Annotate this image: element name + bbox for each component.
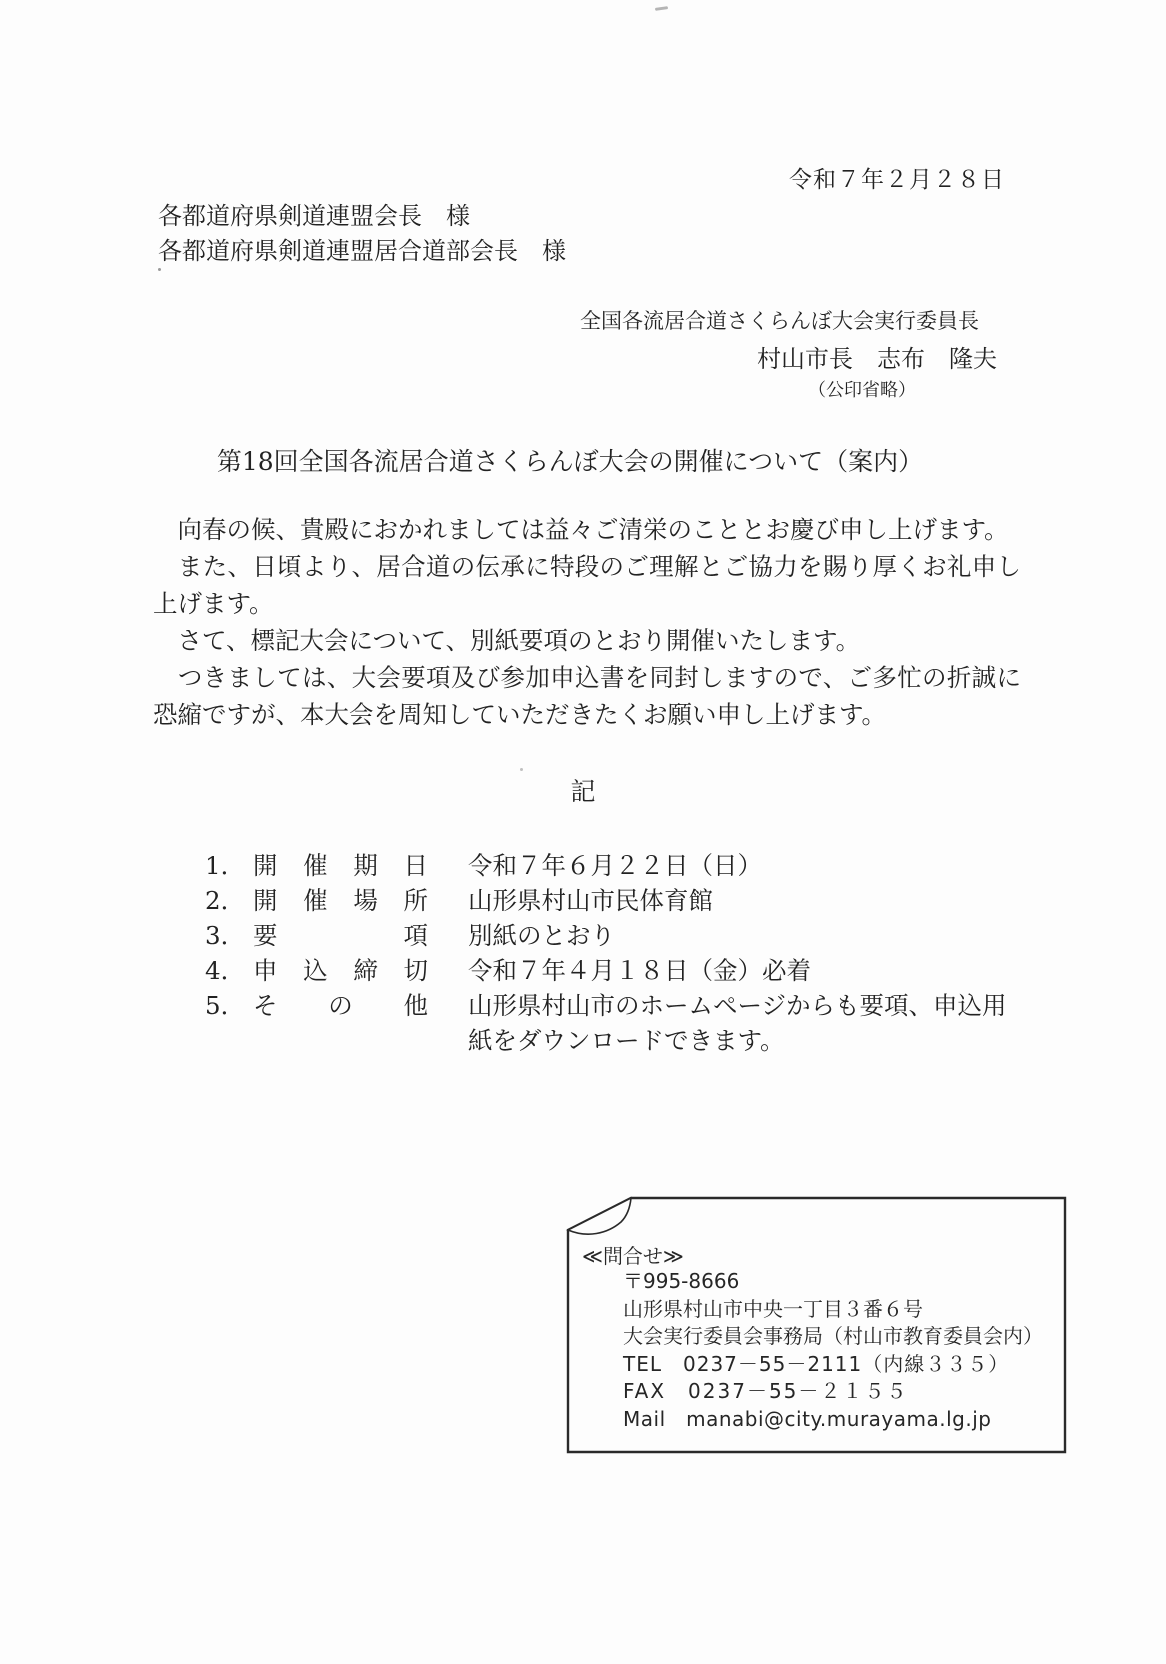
tel-line: TEL 0237－55－2111（内線３３５） [623,1351,1043,1379]
ki-marker: 記 [0,772,1166,808]
scan-artifact [520,768,523,771]
scan-artifact [655,6,668,11]
sender-organization: 全国各流居合道さくらんぼ大会実行委員長 [580,305,979,335]
item-label: 開催期日 [253,848,428,883]
letter-page: 令和７年２月２８日 各都道府県剣道連盟会長 様 各都道府県剣道連盟居合道部会長 … [0,0,1166,1664]
item-number: 2． [205,883,253,918]
date-line: 令和７年２月２８日 [789,161,1005,194]
list-item-venue: 2．開催場所山形県村山市民体育館 [205,883,1023,918]
fax-line: FAX 0237－55－２１５５ [623,1378,1043,1406]
body-paragraphs: 向春の候、貴殿におかれましては益々ご清栄のこととお慶び申し上げます。 また、日頃… [153,511,1021,733]
list-item-guidelines: 3．要項別紙のとおり [205,918,1023,953]
mail-line: Mail manabi@city.murayama.lg.jp [623,1406,1043,1434]
item-number: 3． [205,918,253,953]
document-title: 第18回全国各流居合道さくらんぼ大会の開催について（案内） [0,442,1140,478]
recipient-line-2: 各都道府県剣道連盟居合道部会長 様 [158,231,566,266]
address-line: 山形県村山市中央一丁目３番６号 [623,1296,1043,1324]
item-number: 5． [205,988,253,1023]
seal-omission-note: （公印省略） [808,376,916,402]
list-item-date: 1．開催期日令和７年６月２２日（日） [205,848,1023,883]
contact-heading: ≪問合せ≫ [582,1240,684,1269]
item-value: 令和７年４月１８日（金）必着 [468,953,1023,988]
item-label: 開催場所 [253,883,428,918]
contact-details: 〒995-8666 山形県村山市中央一丁目３番６号 大会実行委員会事務局（村山市… [623,1268,1043,1433]
item-value: 別紙のとおり [468,918,1023,953]
item-list: 1．開催期日令和７年６月２２日（日） 2．開催場所山形県村山市民体育館 3．要項… [205,848,1023,1058]
paragraph-announcement: さて、標記大会について、別紙要項のとおり開催いたします。 [153,622,1021,659]
paragraph-thanks: また、日頃より、居合道の伝承に特段のご理解とご協力を賜り厚くお礼申し上げます。 [153,548,1021,622]
item-label: 要項 [253,918,428,953]
paragraph-greeting: 向春の候、貴殿におかれましては益々ご清栄のこととお慶び申し上げます。 [153,511,1021,548]
item-value: 山形県村山市民体育館 [468,883,1023,918]
recipient-line-1: 各都道府県剣道連盟会長 様 [158,196,470,231]
contact-box: ≪問合せ≫ 〒995-8666 山形県村山市中央一丁目３番６号 大会実行委員会事… [565,1196,1068,1454]
item-value: 令和７年６月２２日（日） [468,848,1023,883]
list-item-deadline: 4．申込締切令和７年４月１８日（金）必着 [205,953,1023,988]
item-label: 申込締切 [253,953,428,988]
item-number: 4． [205,953,253,988]
item-label: その他 [253,988,428,1023]
sender-name: 村山市長 志布 隆夫 [757,339,997,374]
postal-code: 〒995-8666 [623,1268,1043,1296]
list-item-other: 5．その他山形県村山市のホームページからも要項、申込用紙をダウンロードできます。 [205,988,1023,1058]
scan-artifact [158,268,161,271]
office-line: 大会実行委員会事務局（村山市教育委員会内） [623,1323,1043,1351]
item-number: 1． [205,848,253,883]
item-value: 山形県村山市のホームページからも要項、申込用紙をダウンロードできます。 [468,988,1023,1058]
paragraph-request: つきましては、大会要項及び参加申込書を同封しますので、ご多忙の折誠に恐縮ですが、… [153,659,1021,733]
